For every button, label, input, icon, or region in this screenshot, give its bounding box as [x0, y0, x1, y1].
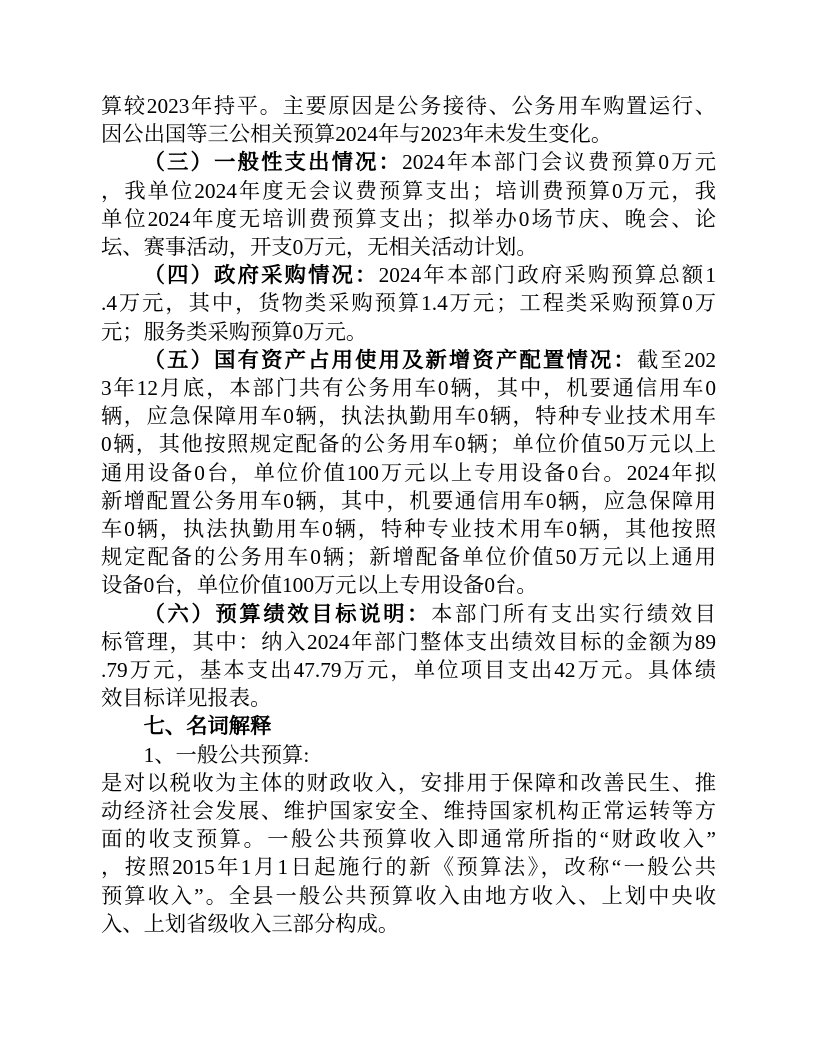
text-line-6: 坛、赛事活动，开支0万元，无相关活动计划。 — [101, 233, 716, 261]
heading-text: （六）预算绩效目标说明： — [144, 602, 432, 626]
body-text: 2024年本部门会议费预算0万元 — [402, 150, 716, 174]
text-line-13: 0辆，其他按照规定配备的公务用车0辆；单位价值50万元以上 — [101, 430, 716, 458]
text-line-16: 车0辆，执法执勤用车0辆，特种专业技术用车0辆，其他按照 — [101, 515, 716, 543]
text-line-3: （三）一般性支出情况：2024年本部门会议费预算0万元 — [101, 148, 716, 176]
text-line-15: 新增配置公务用车0辆，其中，机要通信用车0辆，应急保障用 — [101, 487, 716, 515]
body-text: 是对以税收为主体的财政收入，安排用于保障和改善民生、推 — [101, 771, 716, 795]
body-text: 截至202 — [637, 348, 716, 372]
body-text: .4万元，其中，货物类采购预算1.4万元；工程类采购预算0万 — [101, 291, 716, 315]
text-line-4: ，我单位2024年度无会议费预算支出；培训费预算0万元，我 — [101, 177, 716, 205]
text-line-26: 动经济社会发展、维护国家安全、维持国家机构正常运转等方 — [101, 797, 716, 825]
heading-text: （三）一般性支出情况： — [144, 150, 402, 174]
text-line-18: 设备0台，单位价值100万元以上专用设备0台。 — [101, 571, 716, 599]
body-text: 预算收入”。全县一般公共预算收入由地方收入、上划中央收 — [101, 884, 716, 908]
body-text: 单位2024年度无培训费预算支出；拟举办0场节庆、晚会、论 — [101, 207, 716, 231]
body-text: 坛、赛事活动，开支0万元，无相关活动计划。 — [101, 235, 538, 259]
body-text: 通用设备0台，单位价值100万元以上专用设备0台。2024年拟 — [101, 461, 716, 485]
body-text: 标管理，其中：纳入2024年部门整体支出绩效目标的金额为89 — [101, 630, 716, 654]
body-text: 辆，应急保障用车0辆，执法执勤用车0辆，特种专业技术用车 — [101, 404, 716, 428]
body-text: 设备0台，单位价值100万元以上专用设备0台。 — [101, 573, 538, 597]
text-line-24: 1、一般公共预算: — [101, 741, 716, 769]
text-line-9: 元；服务类采购预算0万元。 — [101, 318, 716, 346]
body-text: 规定配备的公务用车0辆；新增配备单位价值50万元以上通用 — [101, 545, 716, 569]
text-line-28: ，按照2015年1月1日起施行的新《预算法》，改称“一般公共 — [101, 853, 716, 881]
text-line-1: 算较2023年持平。主要原因是公务接待、公务用车购置运行、 — [101, 92, 716, 120]
body-text: ，按照2015年1月1日起施行的新《预算法》，改称“一般公共 — [101, 855, 716, 879]
body-text: 本部门所有支出实行绩效目 — [431, 602, 716, 626]
text-line-25: 是对以税收为主体的财政收入，安排用于保障和改善民生、推 — [101, 769, 716, 797]
text-line-5: 单位2024年度无培训费预算支出；拟举办0场节庆、晚会、论 — [101, 205, 716, 233]
heading-text: 七、名词解释 — [144, 714, 272, 738]
text-line-19: （六）预算绩效目标说明：本部门所有支出实行绩效目 — [101, 600, 716, 628]
body-text: 效目标详见报表。 — [101, 686, 271, 710]
text-line-8: .4万元，其中，货物类采购预算1.4万元；工程类采购预算0万 — [101, 289, 716, 317]
body-text: .79万元，基本支出47.79万元，单位项目支出42万元。具体绩 — [101, 658, 716, 682]
text-line-22: 效目标详见报表。 — [101, 684, 716, 712]
text-line-12: 辆，应急保障用车0辆，执法执勤用车0辆，特种专业技术用车 — [101, 402, 716, 430]
text-line-2: 因公出国等三公相关预算2024年与2023年未发生变化。 — [101, 120, 716, 148]
body-text: 2024年本部门政府采购预算总额1 — [379, 263, 716, 287]
body-text: ，我单位2024年度无会议费预算支出；培训费预算0万元，我 — [101, 179, 716, 203]
document-page: 算较2023年持平。主要原因是公务接待、公务用车购置运行、因公出国等三公相关预算… — [0, 0, 816, 1056]
body-text: 1、一般公共预算: — [144, 743, 310, 767]
text-line-14: 通用设备0台，单位价值100万元以上专用设备0台。2024年拟 — [101, 459, 716, 487]
body-text: 算较2023年持平。主要原因是公务接待、公务用车购置运行、 — [101, 94, 716, 118]
body-text: 车0辆，执法执勤用车0辆，特种专业技术用车0辆，其他按照 — [101, 517, 716, 541]
body-text: 动经济社会发展、维护国家安全、维持国家机构正常运转等方 — [101, 799, 716, 823]
body-text: 3年12月底，本部门共有公务用车0辆，其中，机要通信用车0 — [101, 376, 716, 400]
heading-text: （五）国有资产占用使用及新增资产配置情况： — [144, 348, 637, 372]
text-line-21: .79万元，基本支出47.79万元，单位项目支出42万元。具体绩 — [101, 656, 716, 684]
text-line-20: 标管理，其中：纳入2024年部门整体支出绩效目标的金额为89 — [101, 628, 716, 656]
text-line-10: （五）国有资产占用使用及新增资产配置情况：截至202 — [101, 346, 716, 374]
body-text: 因公出国等三公相关预算2024年与2023年未发生变化。 — [101, 122, 612, 146]
text-line-11: 3年12月底，本部门共有公务用车0辆，其中，机要通信用车0 — [101, 374, 716, 402]
text-line-7: （四）政府采购情况：2024年本部门政府采购预算总额1 — [101, 261, 716, 289]
body-text: 面的收支预算。一般公共预算收入即通常所指的“财政收入” — [101, 827, 716, 851]
text-line-27: 面的收支预算。一般公共预算收入即通常所指的“财政收入” — [101, 825, 716, 853]
text-line-17: 规定配备的公务用车0辆；新增配备单位价值50万元以上通用 — [101, 543, 716, 571]
body-text: 新增配置公务用车0辆，其中，机要通信用车0辆，应急保障用 — [101, 489, 716, 513]
heading-text: （四）政府采购情况： — [144, 263, 379, 287]
document-body: 算较2023年持平。主要原因是公务接待、公务用车购置运行、因公出国等三公相关预算… — [101, 92, 716, 938]
body-text: 0辆，其他按照规定配备的公务用车0辆；单位价值50万元以上 — [101, 432, 716, 456]
text-line-23: 七、名词解释 — [101, 712, 716, 740]
body-text: 入、上划省级收入三部分构成。 — [101, 912, 399, 936]
body-text: 元；服务类采购预算0万元。 — [101, 320, 367, 344]
text-line-29: 预算收入”。全县一般公共预算收入由地方收入、上划中央收 — [101, 882, 716, 910]
text-line-30: 入、上划省级收入三部分构成。 — [101, 910, 716, 938]
